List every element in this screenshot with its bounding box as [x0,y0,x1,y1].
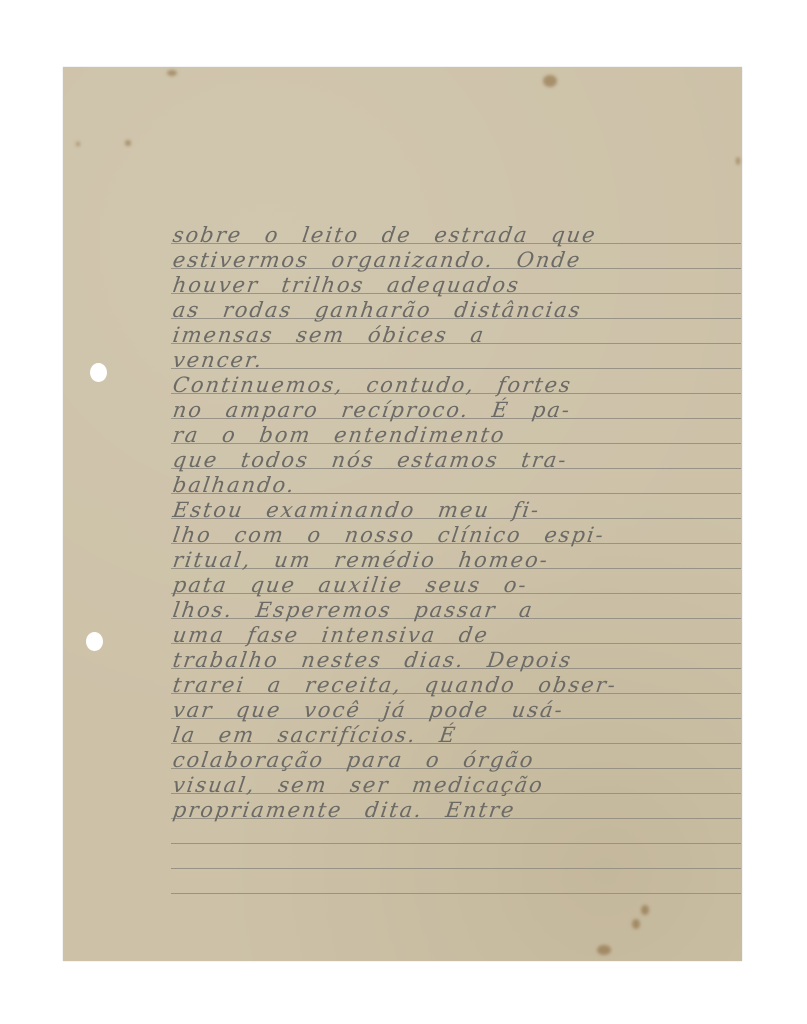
foxing-stain [632,919,640,929]
handwritten-line: balhando. [171,472,735,498]
handwritten-line: sobre o leito de estrada que [171,222,735,248]
ruled-line [171,868,741,869]
foxing-stain [543,75,557,87]
paper-page: sobre o leito de estrada que estivermos … [63,67,742,961]
handwritten-line: vencer. [171,347,735,373]
handwritten-line: as rodas ganharão distâncias [171,297,735,323]
handwritten-line: visual, sem ser medicação [171,772,735,798]
handwritten-line: lho com o nosso clínico espi- [171,522,735,548]
punch-hole-bottom [86,632,103,651]
handwritten-line: trabalho nestes dias. Depois [171,647,735,673]
ruled-line [171,843,741,844]
handwritten-line: imensas sem óbices a [171,322,735,348]
handwritten-line: pata que auxilie seus o- [171,572,735,598]
foxing-stain [641,905,649,915]
foxing-stain [736,157,740,165]
handwritten-line: Estou examinando meu fi- [171,497,735,523]
handwritten-line: var que você já pode usá- [171,697,735,723]
foxing-stain [125,140,131,146]
handwritten-line: no amparo recíproco. É pa- [171,397,735,423]
ruled-line [171,893,741,894]
handwritten-line: trarei a receita, quando obser- [171,672,735,698]
handwritten-line: lhos. Esperemos passar a [171,597,735,623]
punch-hole-top [90,363,107,382]
handwritten-line: propriamente dita. Entre [171,797,735,823]
handwritten-line: uma fase intensiva de [171,622,735,648]
foxing-stain [76,142,80,146]
handwritten-line: ritual, um remédio homeo- [171,547,735,573]
foxing-stain [597,945,611,955]
handwritten-line: colaboração para o órgão [171,747,735,773]
handwritten-line: que todos nós estamos tra- [171,447,735,473]
handwritten-line: ra o bom entendimento [171,422,735,448]
handwritten-line: houver trilhos adequados [171,272,735,298]
foxing-stain [167,70,177,76]
handwritten-line: estivermos organizando. Onde [171,247,735,273]
handwritten-line: Continuemos, contudo, fortes [171,372,735,398]
handwritten-line: la em sacrifícios. É [171,722,735,748]
